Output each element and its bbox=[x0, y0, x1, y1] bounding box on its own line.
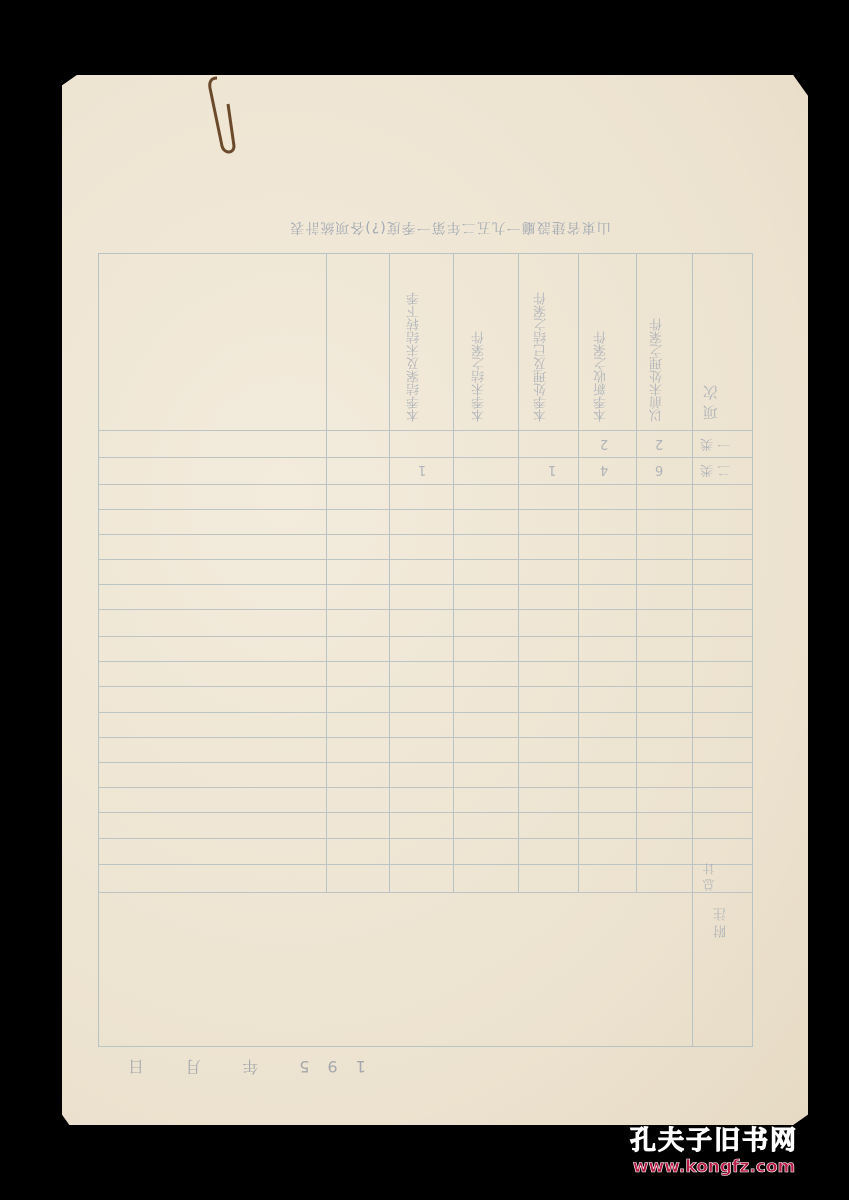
header-row-label: 项 次 bbox=[700, 270, 721, 420]
row-1-col-2: 2 bbox=[600, 436, 608, 451]
row-1-col-1: 2 bbox=[655, 436, 663, 451]
watermark-url: www.kongfz.com bbox=[630, 1157, 798, 1177]
row-divider bbox=[98, 609, 753, 610]
column-divider bbox=[326, 253, 327, 893]
row-divider bbox=[98, 838, 753, 839]
row-divider bbox=[98, 584, 753, 585]
row-divider bbox=[98, 509, 753, 510]
total-row-label: 总 计 bbox=[700, 843, 717, 891]
column-divider bbox=[692, 253, 693, 1047]
row-divider bbox=[98, 762, 753, 763]
row-divider bbox=[98, 636, 753, 637]
row-divider bbox=[98, 812, 753, 813]
row-1-label: 一 类 bbox=[700, 436, 730, 455]
total-row-divider bbox=[98, 892, 753, 893]
document-title: 山東省建設廳一九五二年第一季度(?)各项統計表 bbox=[140, 218, 760, 238]
header-col-4: 本季未结之案件 bbox=[470, 262, 489, 422]
row-divider bbox=[98, 864, 753, 865]
header-col-3: 本季处理及已结之案件 bbox=[532, 262, 551, 422]
header-col-5: 本季结案及未结转下季 bbox=[405, 262, 424, 422]
header-col-1: 以前未处理之案件 bbox=[648, 262, 667, 422]
row-divider bbox=[98, 686, 753, 687]
row-2-col-1: 6 bbox=[655, 462, 663, 477]
row-divider bbox=[98, 661, 753, 662]
column-divider bbox=[636, 253, 637, 893]
row-2-col-3: 1 bbox=[548, 462, 556, 477]
column-divider bbox=[578, 253, 579, 893]
header-row-divider bbox=[98, 430, 753, 431]
watermark: 孔夫子旧书网 www.kongfz.com bbox=[630, 1120, 798, 1177]
row-2-col-5: 1 bbox=[418, 462, 426, 477]
column-divider bbox=[389, 253, 390, 893]
column-divider bbox=[518, 253, 519, 893]
footer-date: 195 年 月 日 bbox=[110, 1056, 366, 1079]
row-divider bbox=[98, 457, 753, 458]
row-divider bbox=[98, 737, 753, 738]
row-divider bbox=[98, 712, 753, 713]
paperclip-icon bbox=[208, 76, 238, 158]
row-divider bbox=[98, 787, 753, 788]
column-divider bbox=[453, 253, 454, 893]
watermark-site-name: 孔夫子旧书网 bbox=[630, 1120, 798, 1157]
row-2-label: 二 类 bbox=[700, 462, 730, 481]
row-2-col-2: 4 bbox=[600, 462, 608, 477]
remarks-label: 附 注 bbox=[712, 898, 731, 938]
row-divider bbox=[98, 484, 753, 485]
row-divider bbox=[98, 534, 753, 535]
row-divider bbox=[98, 559, 753, 560]
header-col-2: 本季新收之案件 bbox=[592, 262, 611, 422]
